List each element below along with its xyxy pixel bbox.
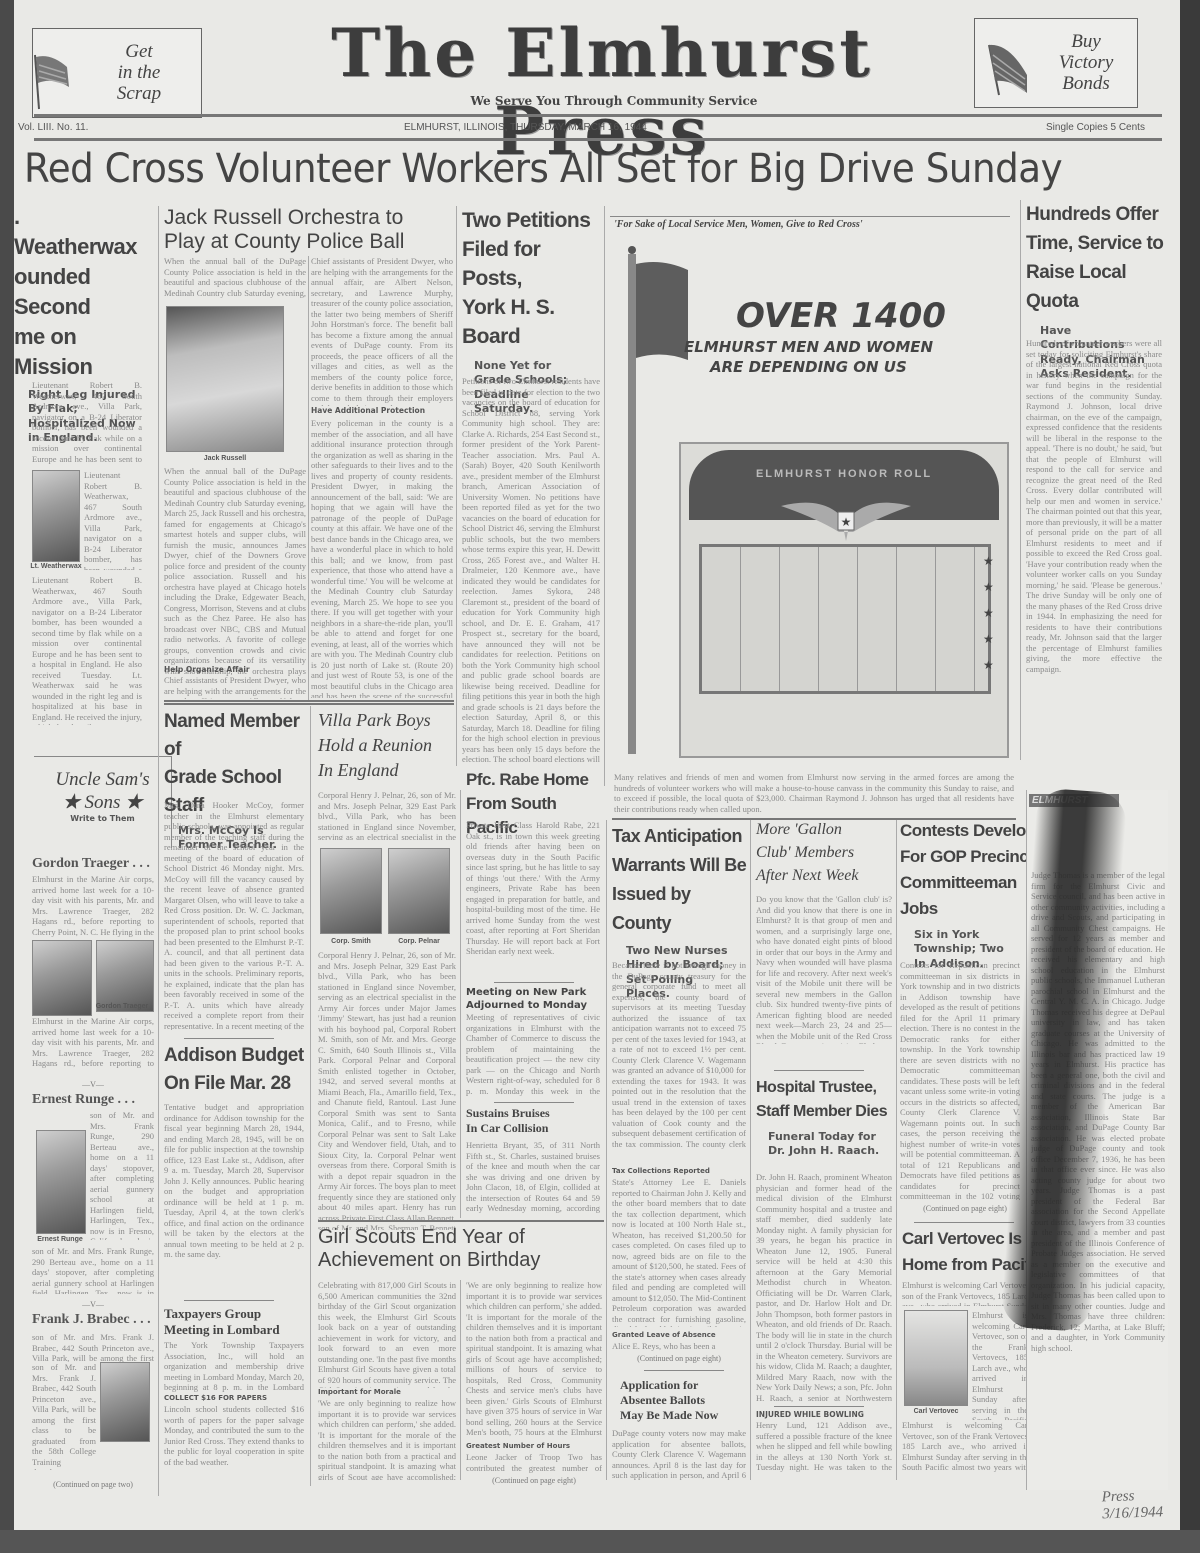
article-body: When the annual ball of the DuPage Count… <box>164 466 306 676</box>
article-body: son of Mr. and Mrs. Frank J. Brabec, 442… <box>32 1362 96 1470</box>
article-body: Elmhurst in the Marine Air corps, arrive… <box>32 874 154 938</box>
soldier-name: Frank J. Brabec . . . <box>32 1312 151 1328</box>
photo-caption: Gordon Traeger <box>92 1003 152 1010</box>
section-subhead: Help Organize Affair <box>164 665 250 675</box>
article-body: Dr. John H. Raach, prominent Wheaton phy… <box>756 1172 892 1404</box>
feature-kicker: 'For Sake of Local Service Men, Women, G… <box>614 219 1010 230</box>
article-body: Private First Class Harold Rabe, 221 Oak… <box>466 820 600 980</box>
column-rule <box>750 820 751 1480</box>
article-girl-scouts: Girl Scouts End Year of Achievement on B… <box>318 1226 608 1271</box>
section-rule <box>774 1406 864 1407</box>
article-body: Lieutenant Robert B. Weatherwax, 467 Sou… <box>84 470 142 570</box>
headline-line: Two Petitions <box>462 206 602 235</box>
banner-headline: Red Cross Volunteer Workers All Set for … <box>24 146 1084 192</box>
volume-number: Vol. LIII. No. 11. <box>18 122 88 133</box>
headline-line: In Car Collision <box>466 1121 606 1136</box>
jack-russell-photo <box>166 306 284 452</box>
article-body: Celebrating with 817,000 Girl Scouts in … <box>318 1280 456 1388</box>
column-rule <box>460 790 461 1218</box>
traeger-photo-2 <box>96 940 154 1012</box>
headline-line: Absentee Ballots <box>620 1393 750 1408</box>
article-body: The York Township Taxpayers Association,… <box>164 1340 304 1392</box>
article-body: Elmhurst is welcoming Carl Vertovec, son… <box>972 1310 1028 1420</box>
carl-vertovec-photo <box>904 1310 968 1406</box>
headline-line: Time, Service to <box>1026 229 1166 258</box>
article-taxpayers-group: Taxpayers Group Meeting in Lombard <box>164 1306 308 1338</box>
scan-left-edge <box>0 0 14 1553</box>
uncle-sams-sons-box: Uncle Sam's ★ Sons ★ Write to Them <box>34 756 172 848</box>
feature-caption: Many relatives and friends of men and wo… <box>614 772 1014 816</box>
article-body: Elmhurst in the Marine Air corps, arrive… <box>32 1016 154 1068</box>
article-body: Because there is not enough money in the… <box>612 960 746 1150</box>
newspaper-page: Get in the Scrap The Elmhurst Press We S… <box>14 0 1180 1530</box>
article-body: Lieutenant Robert B. Weatherwax, 467 Sou… <box>32 380 142 465</box>
headline-line: Warrants Will Be <box>612 851 752 880</box>
left-ear-line2: in the <box>89 62 189 83</box>
article-absentee-ballots: Application for Absentee Ballots May Be … <box>620 1378 750 1423</box>
star-icon: ★ <box>63 792 80 813</box>
article-body: Lieutenant Robert B. Weatherwax, 467 Sou… <box>32 575 142 725</box>
dateline: ELMHURST, ILLINOIS, THURSDAY, MARCH 16, … <box>404 122 647 133</box>
headline-line: Adjourned to Monday <box>466 999 606 1012</box>
photo-caption: Jack Russell <box>166 455 284 462</box>
article-body: Corporal Henry J. Pelnar, 26, son of Mr.… <box>318 790 456 840</box>
column-rule <box>1020 200 1021 760</box>
separator: —V— <box>32 1080 154 1089</box>
scan-bottom-edge <box>0 1530 1200 1553</box>
article-sustains-bruises: Sustains Bruises In Car Collision <box>466 1106 606 1136</box>
article-addison-budget: Addison Budget On File Mar. 28 <box>164 1042 308 1098</box>
article-body: Chief assistants of President Dwyer, who… <box>311 256 453 406</box>
headline-line: Club' Members <box>756 841 896 864</box>
column-rule <box>604 206 605 786</box>
article-new-park: Meeting on New Park Adjourned to Monday <box>466 986 606 1012</box>
eagle-icon: ★ <box>781 496 911 546</box>
article-body: Petitions of two Elmhurst residents have… <box>462 376 600 766</box>
continued-note: (Continued on page two) <box>32 1480 154 1489</box>
feature-line: ELMHURST MEN AND WOMEN <box>684 338 933 356</box>
brabec-photo <box>100 1362 150 1442</box>
headline-line: Villa Park Boys <box>318 708 458 733</box>
column-rule <box>460 1280 461 1480</box>
traeger-photo <box>32 940 92 1016</box>
headline-line: Jack Russell Orchestra to <box>164 206 454 230</box>
feature-line: ARE DEPENDING ON US <box>710 358 907 376</box>
headline-line: ounded Second <box>14 262 142 322</box>
article-hospital-trustee: Hospital Trustee, Staff Member Dies Fune… <box>756 1076 896 1165</box>
deck: Funeral Today for Dr. John H. Raach. <box>768 1130 888 1159</box>
box-title: Sons <box>85 792 121 813</box>
honor-roll-board: ELMHURST HONOR ROLL ★ ★★★★★ <box>679 442 1009 758</box>
article-body: Corporal Henry J. Pelnar, 26, son of Mr.… <box>318 950 456 1230</box>
left-ear-box: Get in the Scrap <box>32 28 202 118</box>
article-body: Lincoln school students collected $16 wo… <box>164 1404 304 1476</box>
section-rule <box>184 1300 274 1301</box>
article-body: 'We are only beginning to realize how im… <box>318 1398 456 1480</box>
headline-line: Addison Budget <box>164 1042 308 1070</box>
headline-line: Hold a Reunion <box>318 733 458 758</box>
headline-line: Raise Local Quota <box>1026 258 1166 316</box>
section-subhead: Tax Collections Reported <box>612 1167 710 1176</box>
section-subhead: Have Additional Protection <box>311 406 425 416</box>
star-icon: ★★★★★ <box>983 548 994 678</box>
headline-line: In England <box>318 758 458 783</box>
article-body: DuPage county voters now may make applic… <box>612 1428 746 1480</box>
honor-roll-label: ELMHURST HONOR ROLL <box>689 468 999 480</box>
column-rule <box>896 820 897 1480</box>
article-body: Every policeman in the county is a membe… <box>311 418 453 698</box>
right-ear-line1: Buy <box>1043 31 1129 52</box>
headline-line: me on Mission <box>14 322 142 382</box>
headline-line: More 'Gallon <box>756 818 896 841</box>
section-rule <box>318 1220 604 1222</box>
headline-line: May Be Made Now <box>620 1408 750 1423</box>
article-body: Alice E. Reys, who has been a <box>612 1341 746 1352</box>
section-rule <box>164 703 454 705</box>
flag-icon <box>983 35 1033 97</box>
headline-line: Issued by County <box>612 880 752 938</box>
right-ear-line2: Victory <box>1043 52 1129 73</box>
masthead-motto: We Serve You Through Community Service <box>444 94 784 108</box>
article-body: son of Mr. and Mrs. Frank Runge, 290 Ber… <box>32 1246 154 1294</box>
section-rule <box>494 1102 574 1103</box>
section-subhead: Greatest Number of Hours <box>466 1442 570 1451</box>
article-body: When the annual ball of the DuPage Count… <box>164 256 306 300</box>
article-body: Do you know that the 'Gallon club' is? A… <box>756 894 892 1044</box>
section-rule <box>774 1070 864 1071</box>
article-body: 'We are only beginning to realize how im… <box>466 1280 602 1440</box>
continued-note: (Continued on page eight) <box>466 1476 602 1485</box>
column-rule <box>158 206 159 1496</box>
article-body: Henry Lund, 121 Addison ave., suffered a… <box>756 1420 892 1472</box>
headline-line: Tax Anticipation <box>612 822 752 851</box>
flag-icon <box>33 51 73 111</box>
box-subtitle: Write to Them <box>34 814 171 824</box>
separator: —V— <box>32 1300 154 1309</box>
headline-line: York H. S. Board <box>462 293 602 351</box>
headline-line: . Weatherwax <box>14 202 142 262</box>
section-rule <box>494 982 574 983</box>
runge-photo <box>36 1130 86 1234</box>
photo-caption: Lt. Weatherwax <box>26 563 86 570</box>
column-rule <box>310 706 311 1486</box>
column-rule <box>308 256 309 700</box>
left-ear-line1: Get <box>89 41 189 62</box>
headline-line: Meeting in Lombard <box>164 1322 308 1338</box>
headline-line: Sustains Bruises <box>466 1106 606 1121</box>
section-subhead: Granted Leave of Absence <box>612 1331 716 1340</box>
masthead-rule-bottom <box>34 138 1162 141</box>
section-subhead: COLLECT $16 FOR PAPERS <box>164 1394 267 1403</box>
section-rule <box>164 700 454 702</box>
masthead-rule-top <box>34 114 1162 117</box>
photo-caption: Corp. Smith <box>320 938 382 945</box>
article-body: Leone Jacker of Troop Two has contribute… <box>466 1452 602 1474</box>
headline-line: Hundreds Offer <box>1026 200 1166 229</box>
article-body: Contests for Republican precinct committ… <box>900 960 1020 1200</box>
right-ear-box: Buy Victory Bonds <box>974 18 1138 108</box>
article-body: State's Attorney Lee E. Daniels reported… <box>612 1177 746 1327</box>
right-ear-line3: Bonds <box>1043 73 1129 94</box>
headline-line: After Next Week <box>756 864 896 887</box>
section-subhead: INJURED WHILE BOWLING <box>756 1410 864 1420</box>
article-body: son of Mr. and Mrs. Frank Runge, 290 Ber… <box>90 1110 154 1240</box>
corp-smith-photo <box>320 848 382 934</box>
box-title: Uncle Sam's <box>34 769 171 791</box>
article-body: Chief assistants of President Dwyer, who… <box>164 675 306 699</box>
corp-pelnar-photo <box>388 848 450 934</box>
headline-line: Application for <box>620 1378 750 1393</box>
headline-line: On File Mar. 28 <box>164 1070 308 1098</box>
column-rule <box>456 206 457 766</box>
article-body: Hundreds of volunteer workers were all s… <box>1026 338 1162 738</box>
headline-line: Taxpayers Group <box>164 1306 308 1322</box>
star-icon: ★ <box>125 792 142 813</box>
soldier-name: Gordon Traeger . . . <box>32 856 150 872</box>
article-jack-russell: Jack Russell Orchestra to Play at County… <box>164 206 454 253</box>
svg-text:★: ★ <box>841 515 852 529</box>
soldier-name: Ernest Runge . . . <box>32 1092 135 1108</box>
article-body: son of Mr. and Mrs. Frank J. Brabec, 442… <box>32 1332 154 1362</box>
weatherwax-photo <box>32 470 80 562</box>
article-gallon-club: More 'Gallon Club' Members After Next We… <box>756 818 896 887</box>
photo-caption: Corp. Pelnar <box>388 938 450 945</box>
headline-line: Staff Member Dies <box>756 1100 896 1124</box>
honor-roll-names-grid <box>699 544 991 694</box>
price: Single Copies 5 Cents <box>1046 122 1145 133</box>
headline-line: Girl Scouts End Year of <box>318 1226 608 1249</box>
article-body: Tentative budget and appropriation ordin… <box>164 1102 304 1290</box>
article-body: Elmhurst is welcoming Carl Vertovec, son… <box>902 1420 1030 1474</box>
photo-caption: Ernest Runge <box>32 1236 88 1243</box>
photo-caption: Carl Vertovec <box>904 1408 968 1415</box>
headline-line: Hospital Trustee, <box>756 1076 896 1100</box>
headline-line: Pfc. Rabe Home <box>466 768 606 792</box>
article-body: Mrs. Oura Hooker McCoy, former teacher i… <box>164 800 304 1030</box>
headline-line: Achievement on Birthday <box>318 1249 608 1272</box>
section-rule <box>644 1370 724 1371</box>
headline-line: Filed for Posts, <box>462 235 602 293</box>
continued-note: (Continued on page eight) <box>612 1354 746 1363</box>
headline-line: Play at County Police Ball <box>164 230 454 254</box>
headline-line: Named Member of <box>164 708 308 764</box>
headline-line: Meeting on New Park <box>466 986 606 999</box>
section-subhead: Important for Morale <box>318 1388 401 1397</box>
left-ear-line3: Scrap <box>89 83 189 104</box>
handwritten-note: Press 3/16/1944 <box>1101 1487 1180 1524</box>
feature-big-text: OVER 1400 <box>736 296 946 336</box>
article-villa-park-boys: Villa Park Boys Hold a Reunion In Englan… <box>318 708 458 783</box>
article-body: Henrietta Bryant, 35, of 311 North Fifth… <box>466 1140 600 1216</box>
section-rule <box>914 1222 1014 1223</box>
article-body: Meeting of representatives of civic orga… <box>466 1012 600 1096</box>
section-rule <box>184 1038 274 1039</box>
column-rule <box>606 820 607 1480</box>
